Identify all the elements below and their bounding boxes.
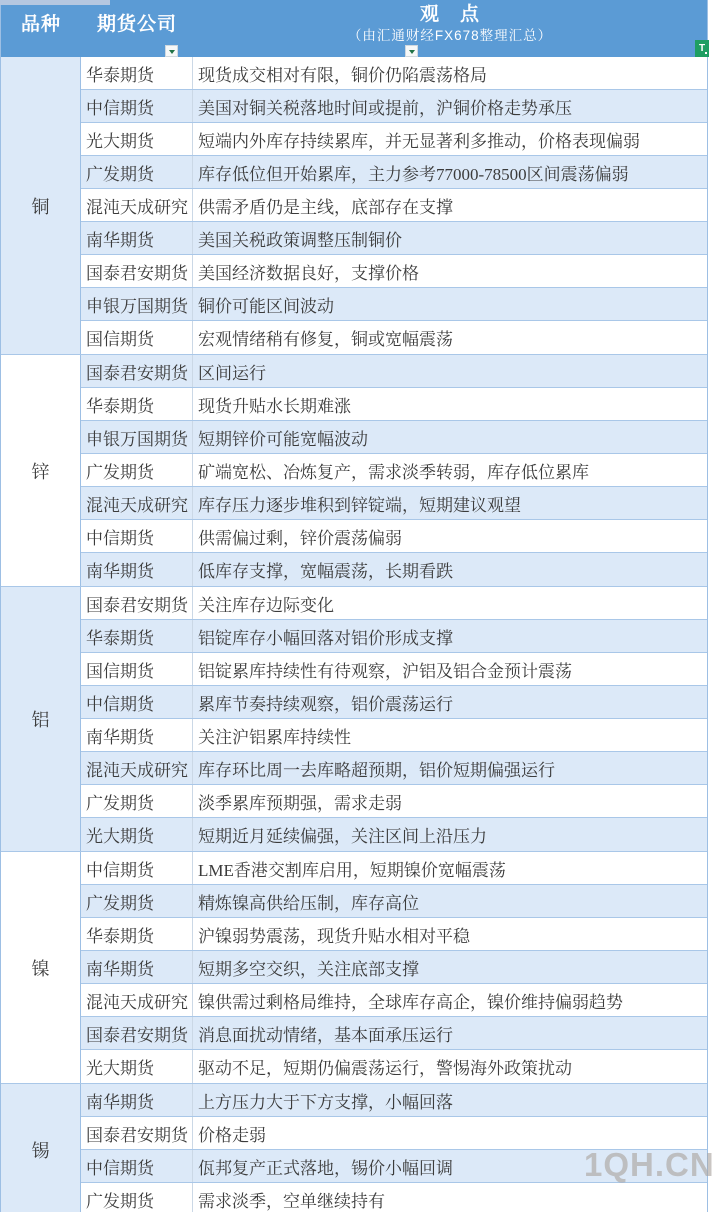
opinion-cell: 精炼镍高供给压制，库存高位	[193, 885, 707, 917]
table-row: 国泰君安期货关注库存边际变化	[81, 587, 707, 620]
opinion-cell: 铝锭累库持续性有待观察，沪铝及铝合金预计震荡	[193, 653, 707, 685]
section-rows: 国泰君安期货关注库存边际变化华泰期货铝锭库存小幅回落对铝价形成支撑国信期货铝锭累…	[81, 587, 707, 851]
header-variety: 品种	[1, 0, 81, 44]
company-cell: 光大期货	[81, 1050, 193, 1083]
table-row: 华泰期货现货升贴水长期难涨	[81, 388, 707, 421]
company-cell: 广发期货	[81, 156, 193, 188]
section-rows: 国泰君安期货区间运行华泰期货现货升贴水长期难涨申银万国期货短期锌价可能宽幅波动广…	[81, 355, 707, 586]
table-row: 国泰君安期货区间运行	[81, 355, 707, 388]
opinions-table: 品种 期货公司 观 点 （由汇通财经FX678整理汇总） T 铜华泰期货现货成交…	[0, 0, 708, 1212]
opinion-cell: 上方压力大于下方支撑，小幅回落	[193, 1084, 707, 1116]
top-left-cell-remnant	[0, 0, 110, 5]
table-row: 混沌天成研究供需矛盾仍是主线，底部存在支撑	[81, 189, 707, 222]
table-row: 申银万国期货短期锌价可能宽幅波动	[81, 421, 707, 454]
table-row: 广发期货淡季累库预期强，需求走弱	[81, 785, 707, 818]
table-row: 广发期货矿端宽松、冶炼复产，需求淡季转弱，库存低位累库	[81, 454, 707, 487]
variety-label: 铜	[1, 57, 81, 354]
opinion-cell: 库存压力逐步堆积到锌锭端，短期建议观望	[193, 487, 707, 519]
company-cell: 混沌天成研究	[81, 487, 193, 519]
table-row: 华泰期货现货成交相对有限，铜价仍陷震荡格局	[81, 57, 707, 90]
opinion-cell: 区间运行	[193, 355, 707, 387]
chevron-down-icon	[409, 50, 415, 54]
company-cell: 南华期货	[81, 1084, 193, 1116]
opinion-cell: 低库存支撑，宽幅震荡，长期看跌	[193, 553, 707, 586]
autofilter-dropdown-variety[interactable]	[165, 45, 178, 57]
opinion-cell: 镍供需过剩格局维持，全球库存高企，镍价维持偏弱趋势	[193, 984, 707, 1016]
variety-label: 镍	[1, 852, 81, 1083]
header-opinion: 观 点 （由汇通财经FX678整理汇总）	[193, 0, 707, 46]
variety-section: 锌国泰君安期货区间运行华泰期货现货升贴水长期难涨申银万国期货短期锌价可能宽幅波动…	[1, 355, 707, 587]
variety-label: 铝	[1, 587, 81, 851]
table-row: 国泰君安期货美国经济数据良好，支撑价格	[81, 255, 707, 288]
company-cell: 华泰期货	[81, 620, 193, 652]
opinion-cell: 供需矛盾仍是主线，底部存在支撑	[193, 189, 707, 221]
company-cell: 中信期货	[81, 1150, 193, 1182]
company-cell: 混沌天成研究	[81, 189, 193, 221]
header-opinion-subtitle: （由汇通财经FX678整理汇总）	[348, 27, 552, 44]
company-cell: 南华期货	[81, 553, 193, 586]
opinion-cell: 消息面扰动情绪，基本面承压运行	[193, 1017, 707, 1049]
opinion-cell: LME香港交割库启用，短期镍价宽幅震荡	[193, 852, 707, 884]
table-row: 混沌天成研究库存环比周一去库略超预期，铝价短期偏强运行	[81, 752, 707, 785]
company-cell: 中信期货	[81, 90, 193, 122]
opinion-cell: 驱动不足，短期仍偏震荡运行，警惕海外政策扰动	[193, 1050, 707, 1083]
company-cell: 南华期货	[81, 951, 193, 983]
company-cell: 广发期货	[81, 885, 193, 917]
company-cell: 南华期货	[81, 719, 193, 751]
company-cell: 国泰君安期货	[81, 1017, 193, 1049]
table-row: 光大期货短端内外库存持续累库，并无显著利多推动，价格表现偏弱	[81, 123, 707, 156]
table-row: 混沌天成研究镍供需过剩格局维持，全球库存高企，镍价维持偏弱趋势	[81, 984, 707, 1017]
opinion-cell: 库存环比周一去库略超预期，铝价短期偏强运行	[193, 752, 707, 784]
table-row: 华泰期货沪镍弱势震荡，现货升贴水相对平稳	[81, 918, 707, 951]
company-cell: 国信期货	[81, 321, 193, 354]
opinion-cell: 短端内外库存持续累库，并无显著利多推动，价格表现偏弱	[193, 123, 707, 155]
company-cell: 南华期货	[81, 222, 193, 254]
section-rows: 华泰期货现货成交相对有限，铜价仍陷震荡格局中信期货美国对铜关税落地时间或提前，沪…	[81, 57, 707, 354]
opinion-cell: 短期多空交织，关注底部支撑	[193, 951, 707, 983]
opinion-cell: 铝锭库存小幅回落对铝价形成支撑	[193, 620, 707, 652]
opinion-cell: 短期近月延续偏强，关注区间上沿压力	[193, 818, 707, 851]
company-cell: 混沌天成研究	[81, 984, 193, 1016]
variety-section: 铜华泰期货现货成交相对有限，铜价仍陷震荡格局中信期货美国对铜关税落地时间或提前，…	[1, 57, 707, 355]
header-company: 期货公司	[81, 0, 193, 44]
table-row: 中信期货供需偏过剩，锌价震荡偏弱	[81, 520, 707, 553]
table-row: 南华期货上方压力大于下方支撑，小幅回落	[81, 1084, 707, 1117]
opinion-cell: 关注沪铝累库持续性	[193, 719, 707, 751]
chevron-down-icon	[169, 50, 175, 54]
opinion-cell: 现货成交相对有限，铜价仍陷震荡格局	[193, 57, 707, 89]
table-row: 混沌天成研究库存压力逐步堆积到锌锭端，短期建议观望	[81, 487, 707, 520]
opinion-cell: 需求淡季，空单继续持有	[193, 1183, 707, 1212]
company-cell: 申银万国期货	[81, 288, 193, 320]
company-cell: 混沌天成研究	[81, 752, 193, 784]
table-row: 南华期货关注沪铝累库持续性	[81, 719, 707, 752]
company-cell: 广发期货	[81, 785, 193, 817]
opinion-cell: 铜价可能区间波动	[193, 288, 707, 320]
company-cell: 国泰君安期货	[81, 1117, 193, 1149]
opinion-cell: 库存低位但开始累库，主力参考77000-78500区间震荡偏弱	[193, 156, 707, 188]
company-cell: 华泰期货	[81, 388, 193, 420]
watermark: 1QH.CN	[584, 1146, 713, 1184]
company-cell: 广发期货	[81, 1183, 193, 1212]
opinion-cell: 沪镍弱势震荡，现货升贴水相对平稳	[193, 918, 707, 950]
company-cell: 中信期货	[81, 686, 193, 718]
company-cell: 华泰期货	[81, 57, 193, 89]
opinion-cell: 美国经济数据良好，支撑价格	[193, 255, 707, 287]
opinion-cell: 关注库存边际变化	[193, 587, 707, 619]
table-row: 广发期货精炼镍高供给压制，库存高位	[81, 885, 707, 918]
table-row: 国信期货铝锭累库持续性有待观察，沪铝及铝合金预计震荡	[81, 653, 707, 686]
table-body: 铜华泰期货现货成交相对有限，铜价仍陷震荡格局中信期货美国对铜关税落地时间或提前，…	[1, 57, 707, 1212]
table-header: 品种 期货公司 观 点 （由汇通财经FX678整理汇总） T	[1, 0, 707, 57]
spreadsheet-screenshot: 品种 期货公司 观 点 （由汇通财经FX678整理汇总） T 铜华泰期货现货成交…	[0, 0, 713, 1212]
opinion-cell: 美国对铜关税落地时间或提前，沪铜价格走势承压	[193, 90, 707, 122]
company-cell: 申银万国期货	[81, 421, 193, 453]
opinion-cell: 短期锌价可能宽幅波动	[193, 421, 707, 453]
autofilter-dropdown-company[interactable]	[405, 45, 418, 57]
company-cell: 国泰君安期货	[81, 587, 193, 619]
company-cell: 中信期货	[81, 852, 193, 884]
table-row: 光大期货驱动不足，短期仍偏震荡运行，警惕海外政策扰动	[81, 1050, 707, 1083]
table-row: 广发期货需求淡季，空单继续持有	[81, 1183, 707, 1212]
variety-label: 锌	[1, 355, 81, 586]
table-row: 国信期货宏观情绪稍有修复，铜或宽幅震荡	[81, 321, 707, 354]
opinion-cell: 美国关税政策调整压制铜价	[193, 222, 707, 254]
variety-section: 铝国泰君安期货关注库存边际变化华泰期货铝锭库存小幅回落对铝价形成支撑国信期货铝锭…	[1, 587, 707, 852]
table-row: 南华期货短期多空交织，关注底部支撑	[81, 951, 707, 984]
opinion-cell: 累库节奏持续观察，铝价震荡运行	[193, 686, 707, 718]
table-row: 中信期货LME香港交割库启用，短期镍价宽幅震荡	[81, 852, 707, 885]
table-row: 国泰君安期货消息面扰动情绪，基本面承压运行	[81, 1017, 707, 1050]
table-row: 广发期货库存低位但开始累库，主力参考77000-78500区间震荡偏弱	[81, 156, 707, 189]
table-row: 南华期货低库存支撑，宽幅震荡，长期看跌	[81, 553, 707, 586]
company-cell: 华泰期货	[81, 918, 193, 950]
table-row: 南华期货美国关税政策调整压制铜价	[81, 222, 707, 255]
company-cell: 光大期货	[81, 123, 193, 155]
opinion-cell: 价格走弱	[193, 1117, 707, 1149]
variety-section: 镍中信期货LME香港交割库启用，短期镍价宽幅震荡广发期货精炼镍高供给压制，库存高…	[1, 852, 707, 1084]
section-rows: 中信期货LME香港交割库启用，短期镍价宽幅震荡广发期货精炼镍高供给压制，库存高位…	[81, 852, 707, 1083]
company-cell: 广发期货	[81, 454, 193, 486]
company-cell: 光大期货	[81, 818, 193, 851]
variety-label: 锡	[1, 1084, 81, 1212]
company-cell: 国泰君安期货	[81, 255, 193, 287]
opinion-cell: 现货升贴水长期难涨	[193, 388, 707, 420]
opinion-cell: 淡季累库预期强，需求走弱	[193, 785, 707, 817]
company-cell: 中信期货	[81, 520, 193, 552]
opinion-cell: 矿端宽松、冶炼复产，需求淡季转弱，库存低位累库	[193, 454, 707, 486]
table-row: 光大期货短期近月延续偏强，关注区间上沿压力	[81, 818, 707, 851]
company-cell: 国泰君安期货	[81, 355, 193, 387]
opinion-cell: 供需偏过剩，锌价震荡偏弱	[193, 520, 707, 552]
table-row: 华泰期货铝锭库存小幅回落对铝价形成支撑	[81, 620, 707, 653]
opinion-cell: 宏观情绪稍有修复，铜或宽幅震荡	[193, 321, 707, 354]
header-opinion-title: 观 点	[420, 3, 480, 27]
table-row: 中信期货美国对铜关税落地时间或提前，沪铜价格走势承压	[81, 90, 707, 123]
filter-funnel-icon[interactable]: T	[695, 40, 709, 57]
table-row: 申银万国期货铜价可能区间波动	[81, 288, 707, 321]
table-row: 中信期货累库节奏持续观察，铝价震荡运行	[81, 686, 707, 719]
company-cell: 国信期货	[81, 653, 193, 685]
